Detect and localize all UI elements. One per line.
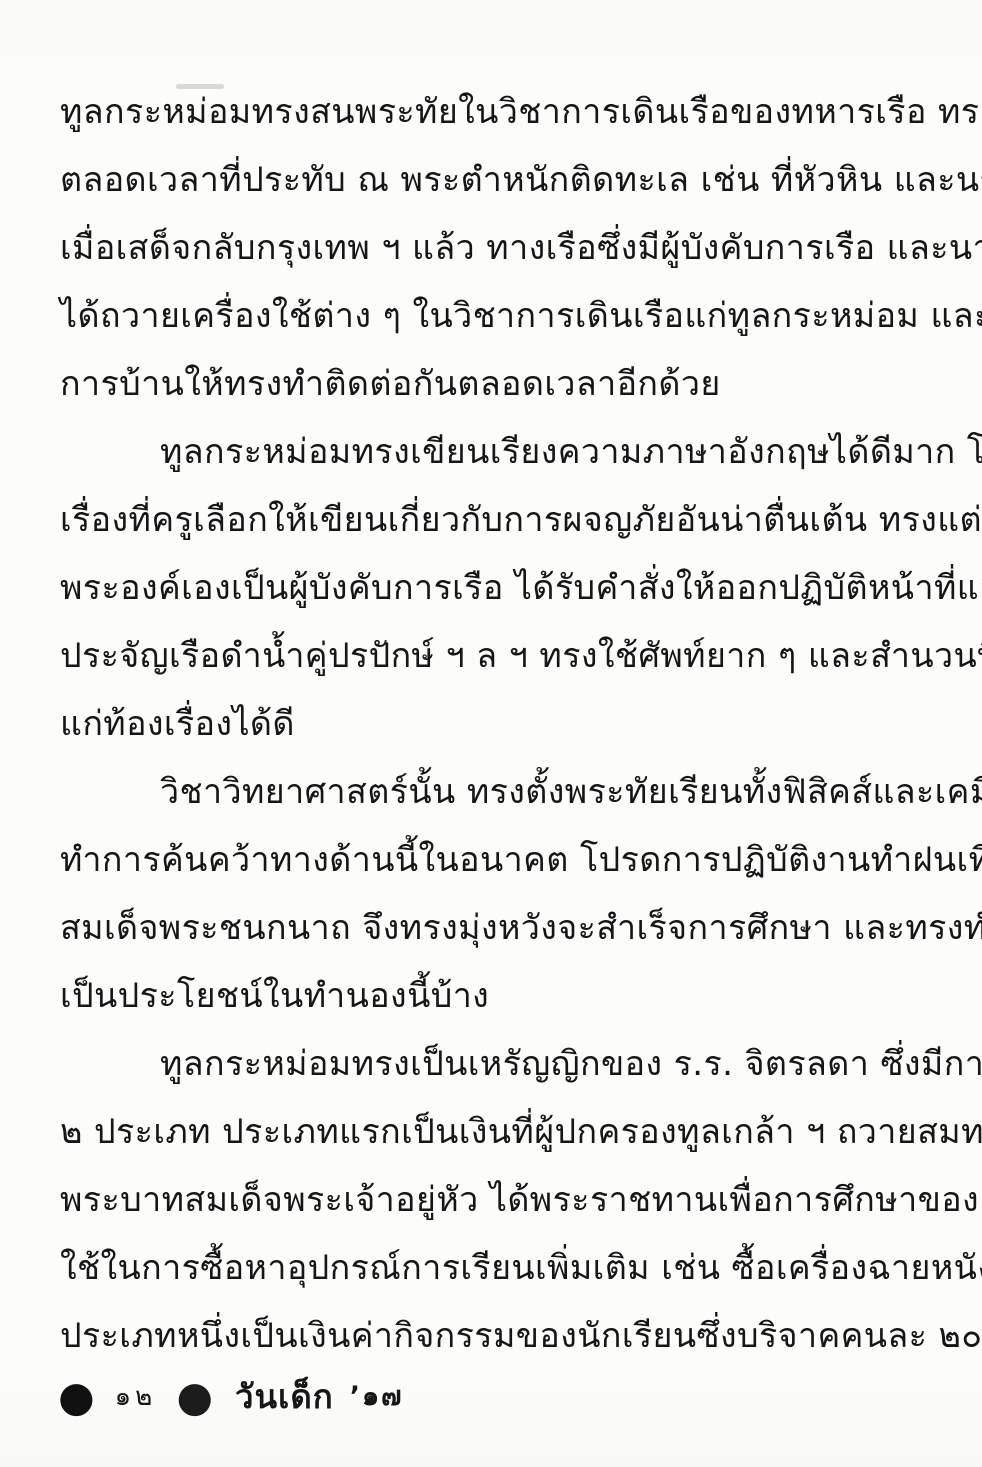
footer-title: วันเด็ก — [235, 1372, 334, 1422]
page-number: ๑๒ — [115, 1372, 157, 1422]
text-line: ตลอดเวลาที่ประทับ ณ พระตำหนักติดทะเล เช่… — [60, 146, 936, 214]
text-line: แก่ท้องเรื่องได้ดี — [60, 690, 936, 758]
bullet-icon: ● — [58, 1372, 95, 1422]
text-line: พระบาทสมเด็จพระเจ้าอยู่หัว ได้พระราชทานเ… — [60, 1166, 936, 1234]
text-line: วิชาวิทยาศาสตร์นั้น ทรงตั้งพระทัยเรียนทั… — [60, 758, 936, 826]
text-line: ได้ถวายเครื่องใช้ต่าง ๆ ในวิชาการเดินเรื… — [60, 282, 936, 350]
text-line: ทูลกระหม่อมทรงสนพระทัยในวิชาการเดินเรือข… — [60, 78, 936, 146]
text-line: ประเภทหนึ่งเป็นเงินค่ากิจกรรมของนักเรียน… — [60, 1302, 936, 1370]
text-line: เรื่องที่ครูเลือกให้เขียนเกี่ยวกับการผจญ… — [60, 486, 936, 554]
bullet-icon: ● — [176, 1372, 213, 1422]
text-line: เมื่อเสด็จกลับกรุงเทพ ฯ แล้ว ทางเรือซึ่ง… — [60, 214, 936, 282]
scan-page: ทูลกระหม่อมทรงสนพระทัยในวิชาการเดินเรือข… — [0, 0, 982, 1467]
text-line: ทำการค้นคว้าทางด้านนี้ในอนาคต โปรดการปฏิ… — [60, 826, 936, 894]
text-line: ทูลกระหม่อมทรงเป็นเหรัญญิกของ ร.ร. จิตรล… — [60, 1030, 936, 1098]
text-line: ทูลกระหม่อมทรงเขียนเรียงความภาษาอังกฤษได… — [60, 418, 936, 486]
text-line: ๒ ประเภท ประเภทแรกเป็นเงินที่ผู้ปกครองทู… — [60, 1098, 936, 1166]
page-footer: ● ๑๒ ● วันเด็ก ’๑๗ — [58, 1372, 403, 1422]
text-line: การบ้านให้ทรงทำติดต่อกันตลอดเวลาอีกด้วย — [60, 350, 936, 418]
text-line: ใช้ในการซื้อหาอุปกรณ์การเรียนเพิ่มเติม เ… — [60, 1234, 936, 1302]
text-line: พระองค์เองเป็นผู้บังคับการเรือ ได้รับคำส… — [60, 554, 936, 622]
text-line: เป็นประโยชน์ในทำนองนี้บ้าง — [60, 962, 936, 1030]
footer-year: ’๑๗ — [350, 1372, 404, 1422]
text-line: ประจัญเรือดำน้ำคู่ปรปักษ์ ฯ ล ฯ ทรงใช้ศั… — [60, 622, 936, 690]
text-line: สมเด็จพระชนกนาถ จึงทรงมุ่งหวังจะสำเร็จกา… — [60, 894, 936, 962]
text-block: ทูลกระหม่อมทรงสนพระทัยในวิชาการเดินเรือข… — [60, 78, 936, 1370]
